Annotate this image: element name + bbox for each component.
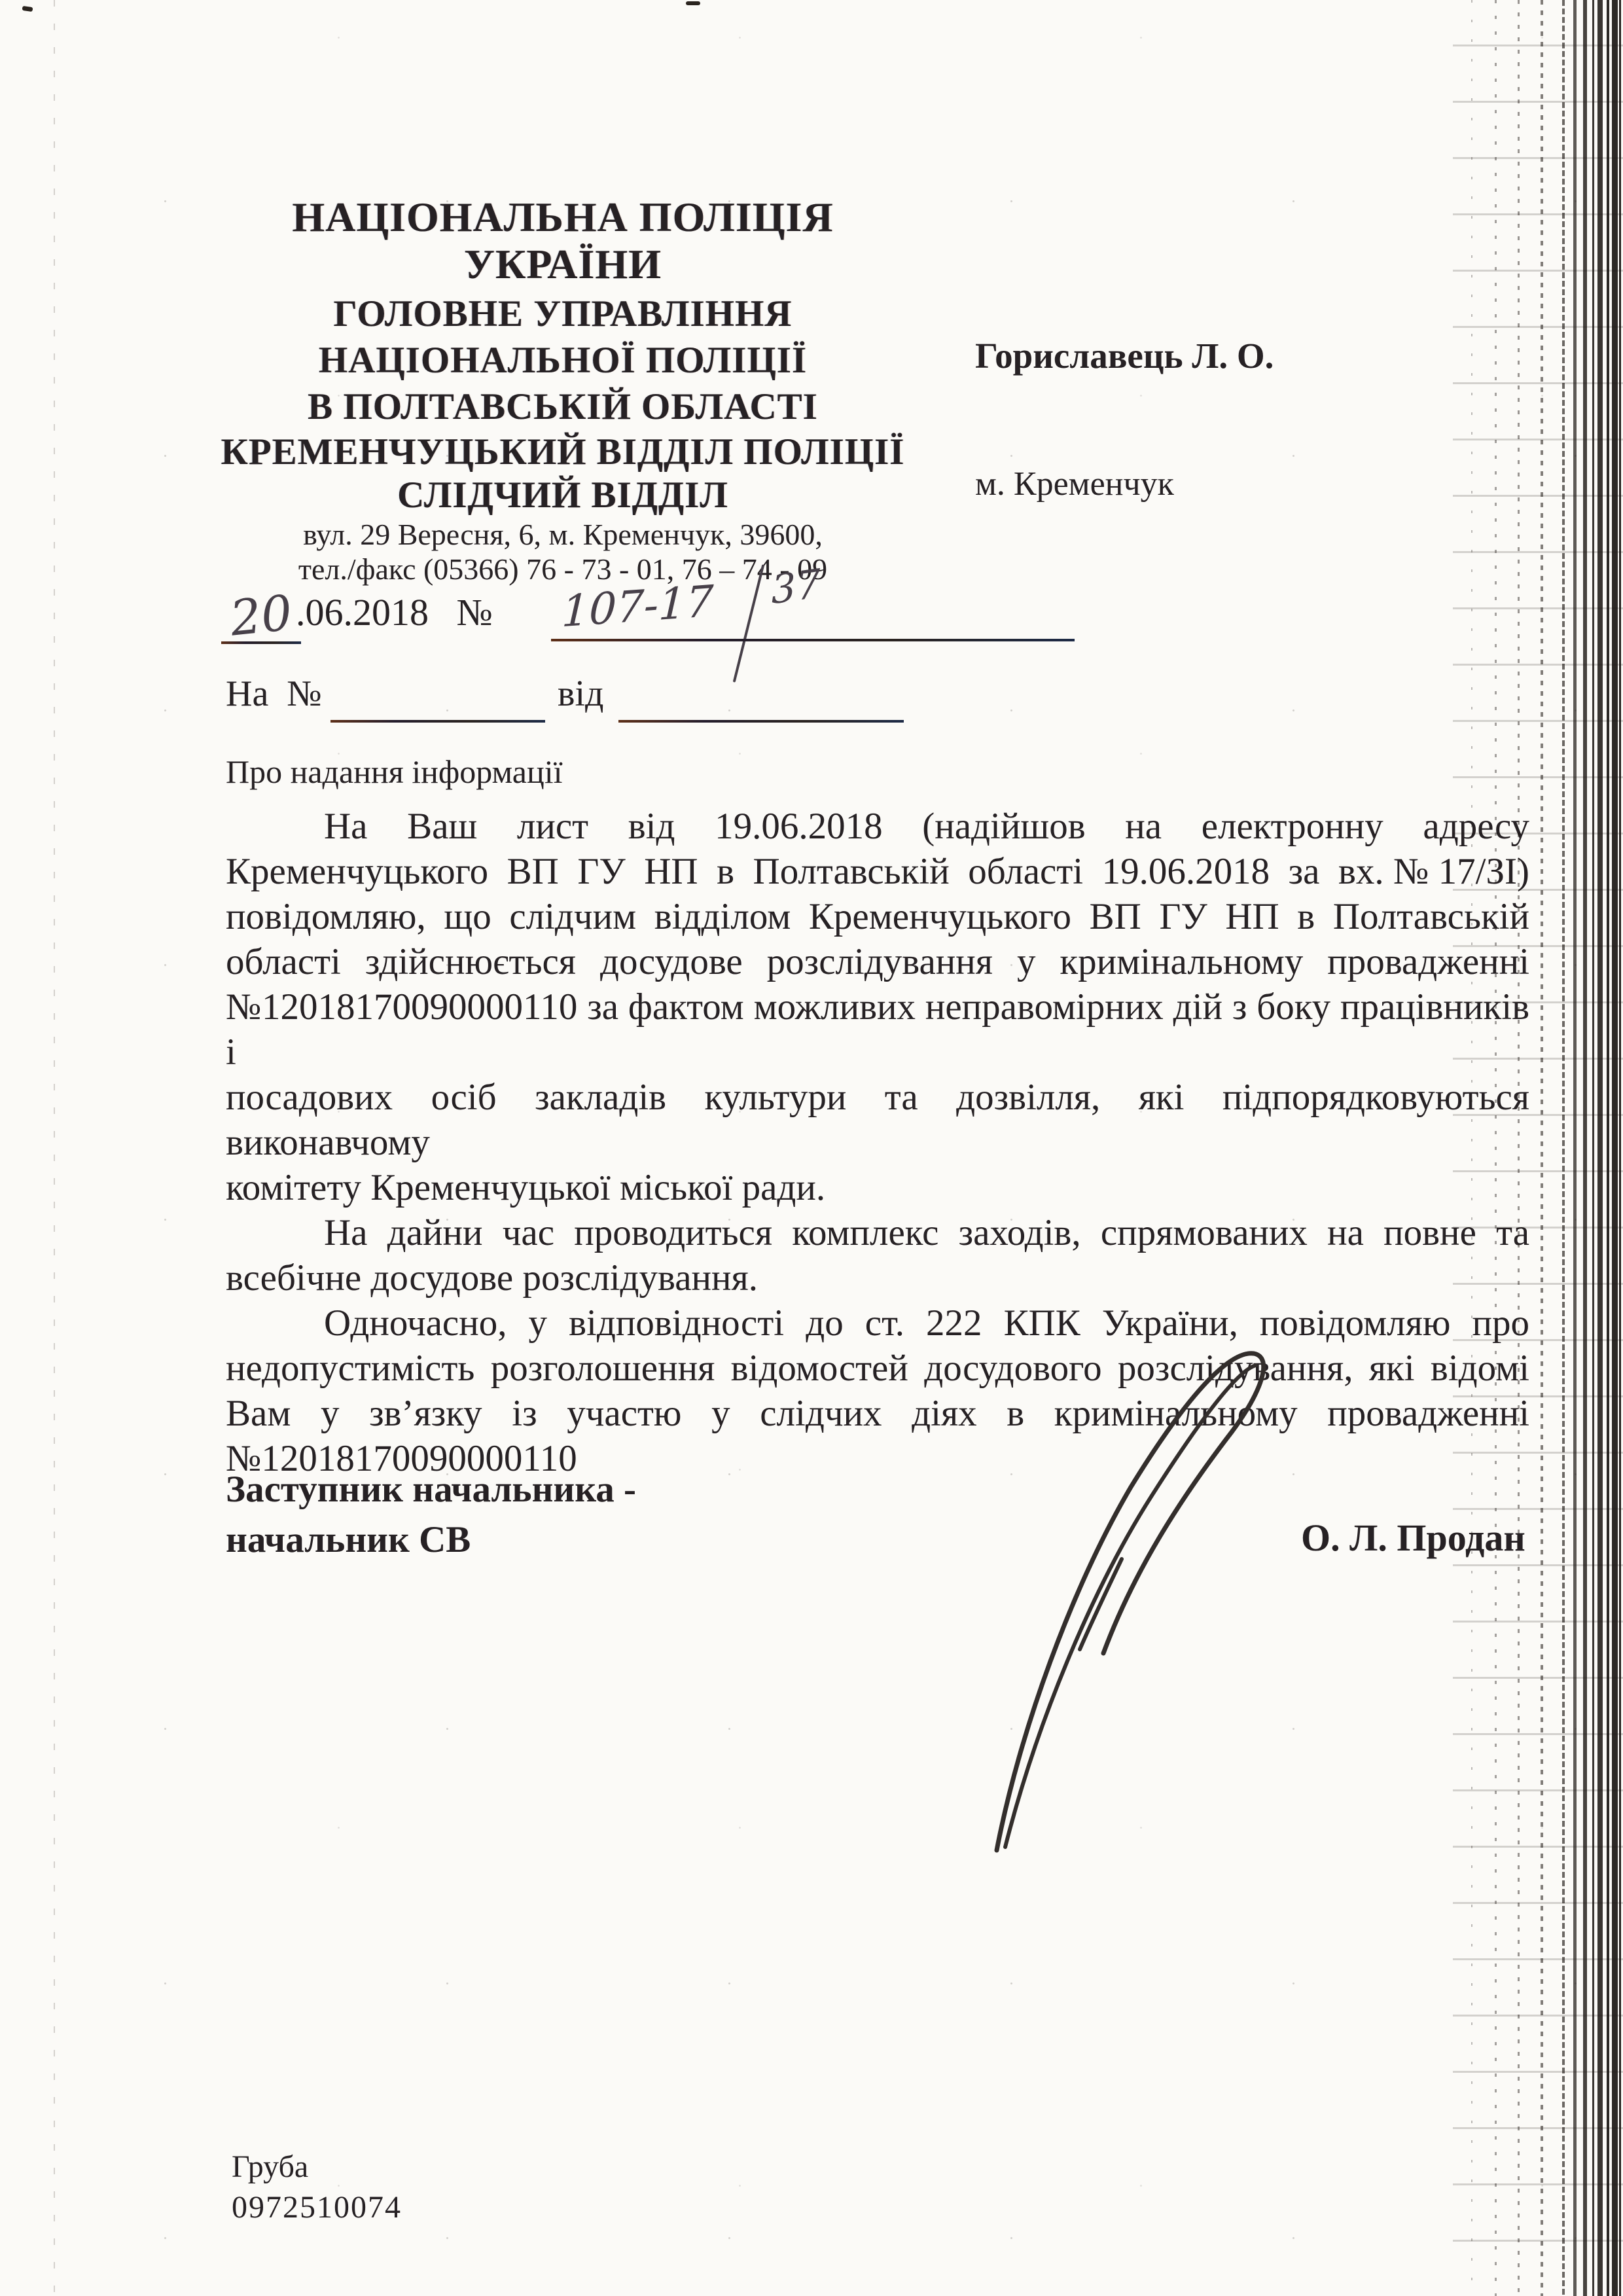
scan-speck: [22, 6, 33, 12]
handwritten-outgoing-number: 107-17: [561, 576, 714, 637]
body-line: Кременчуцького ВП ГУ НП в Полтавській об…: [226, 849, 1529, 894]
executor-name: Груба: [232, 2149, 308, 2185]
letterhead-line-6: КРЕМЕНЧУЦЬКИЙ ВІДДІЛ ПОЛІЦІЇ: [216, 431, 910, 473]
body-line: На Ваш лист від 19.06.2018 (надійшов на …: [226, 804, 1529, 849]
letterhead-address: вул. 29 Вересня, 6, м. Кременчук, 39600,: [216, 517, 910, 552]
reply-number-label: На №: [226, 673, 322, 715]
letterhead-line-5: В ПОЛТАВСЬКІЙ ОБЛАСТІ: [216, 386, 910, 428]
body-line: всебічне досудове розслідування.: [226, 1255, 1529, 1300]
letterhead-line-4: НАЦІОНАЛЬНОЇ ПОЛІЦІЇ: [216, 339, 910, 382]
letterhead-line-7: СЛІДЧИЙ ВІДДІЛ: [216, 474, 910, 516]
body-line: повідомляю, що слідчим відділом Кременчу…: [226, 894, 1529, 939]
letterhead-line-1: НАЦІОНАЛЬНА ПОЛІЦІЯ: [216, 193, 910, 242]
letterhead-line-3: ГОЛОВНЕ УПРАВЛІННЯ: [216, 293, 910, 335]
underline-reply-date: [618, 720, 904, 723]
underline-outgoing-number: [551, 639, 1075, 641]
underline-day: [221, 641, 301, 644]
addressee-city: м. Кременчук: [975, 465, 1174, 503]
body-line: комітету Кременчуцької міської ради.: [226, 1165, 1529, 1210]
body-line: №12018170090000110 за фактом можливих не…: [226, 984, 1529, 1075]
handwritten-number-tail: 37: [770, 561, 821, 614]
letterhead-line-2: УКРАЇНИ: [216, 240, 910, 289]
body-line: посадових осіб закладів культури та дозв…: [226, 1075, 1529, 1165]
scan-speck: [686, 1, 700, 5]
signer-role-line2: начальник СВ: [226, 1518, 471, 1561]
subject-line: Про надання інформації: [226, 753, 563, 791]
addressee-name: Гориславець Л. О.: [975, 335, 1274, 376]
body-line: області здійснюється досудове розслідува…: [226, 939, 1529, 984]
body-line: На дайни час проводиться комплекс заході…: [226, 1210, 1529, 1255]
scan-noise-left-line: [54, 0, 55, 2296]
printed-date: .06.2018 №: [296, 590, 493, 634]
executor-phone: 0972510074: [232, 2189, 402, 2225]
handwritten-signature-stroke: [916, 1309, 1374, 1898]
handwritten-day: 20: [228, 584, 295, 647]
underline-reply-number: [330, 720, 545, 723]
signer-role-line1: Заступник начальника -: [226, 1468, 636, 1511]
reply-from-label: від: [558, 673, 604, 715]
